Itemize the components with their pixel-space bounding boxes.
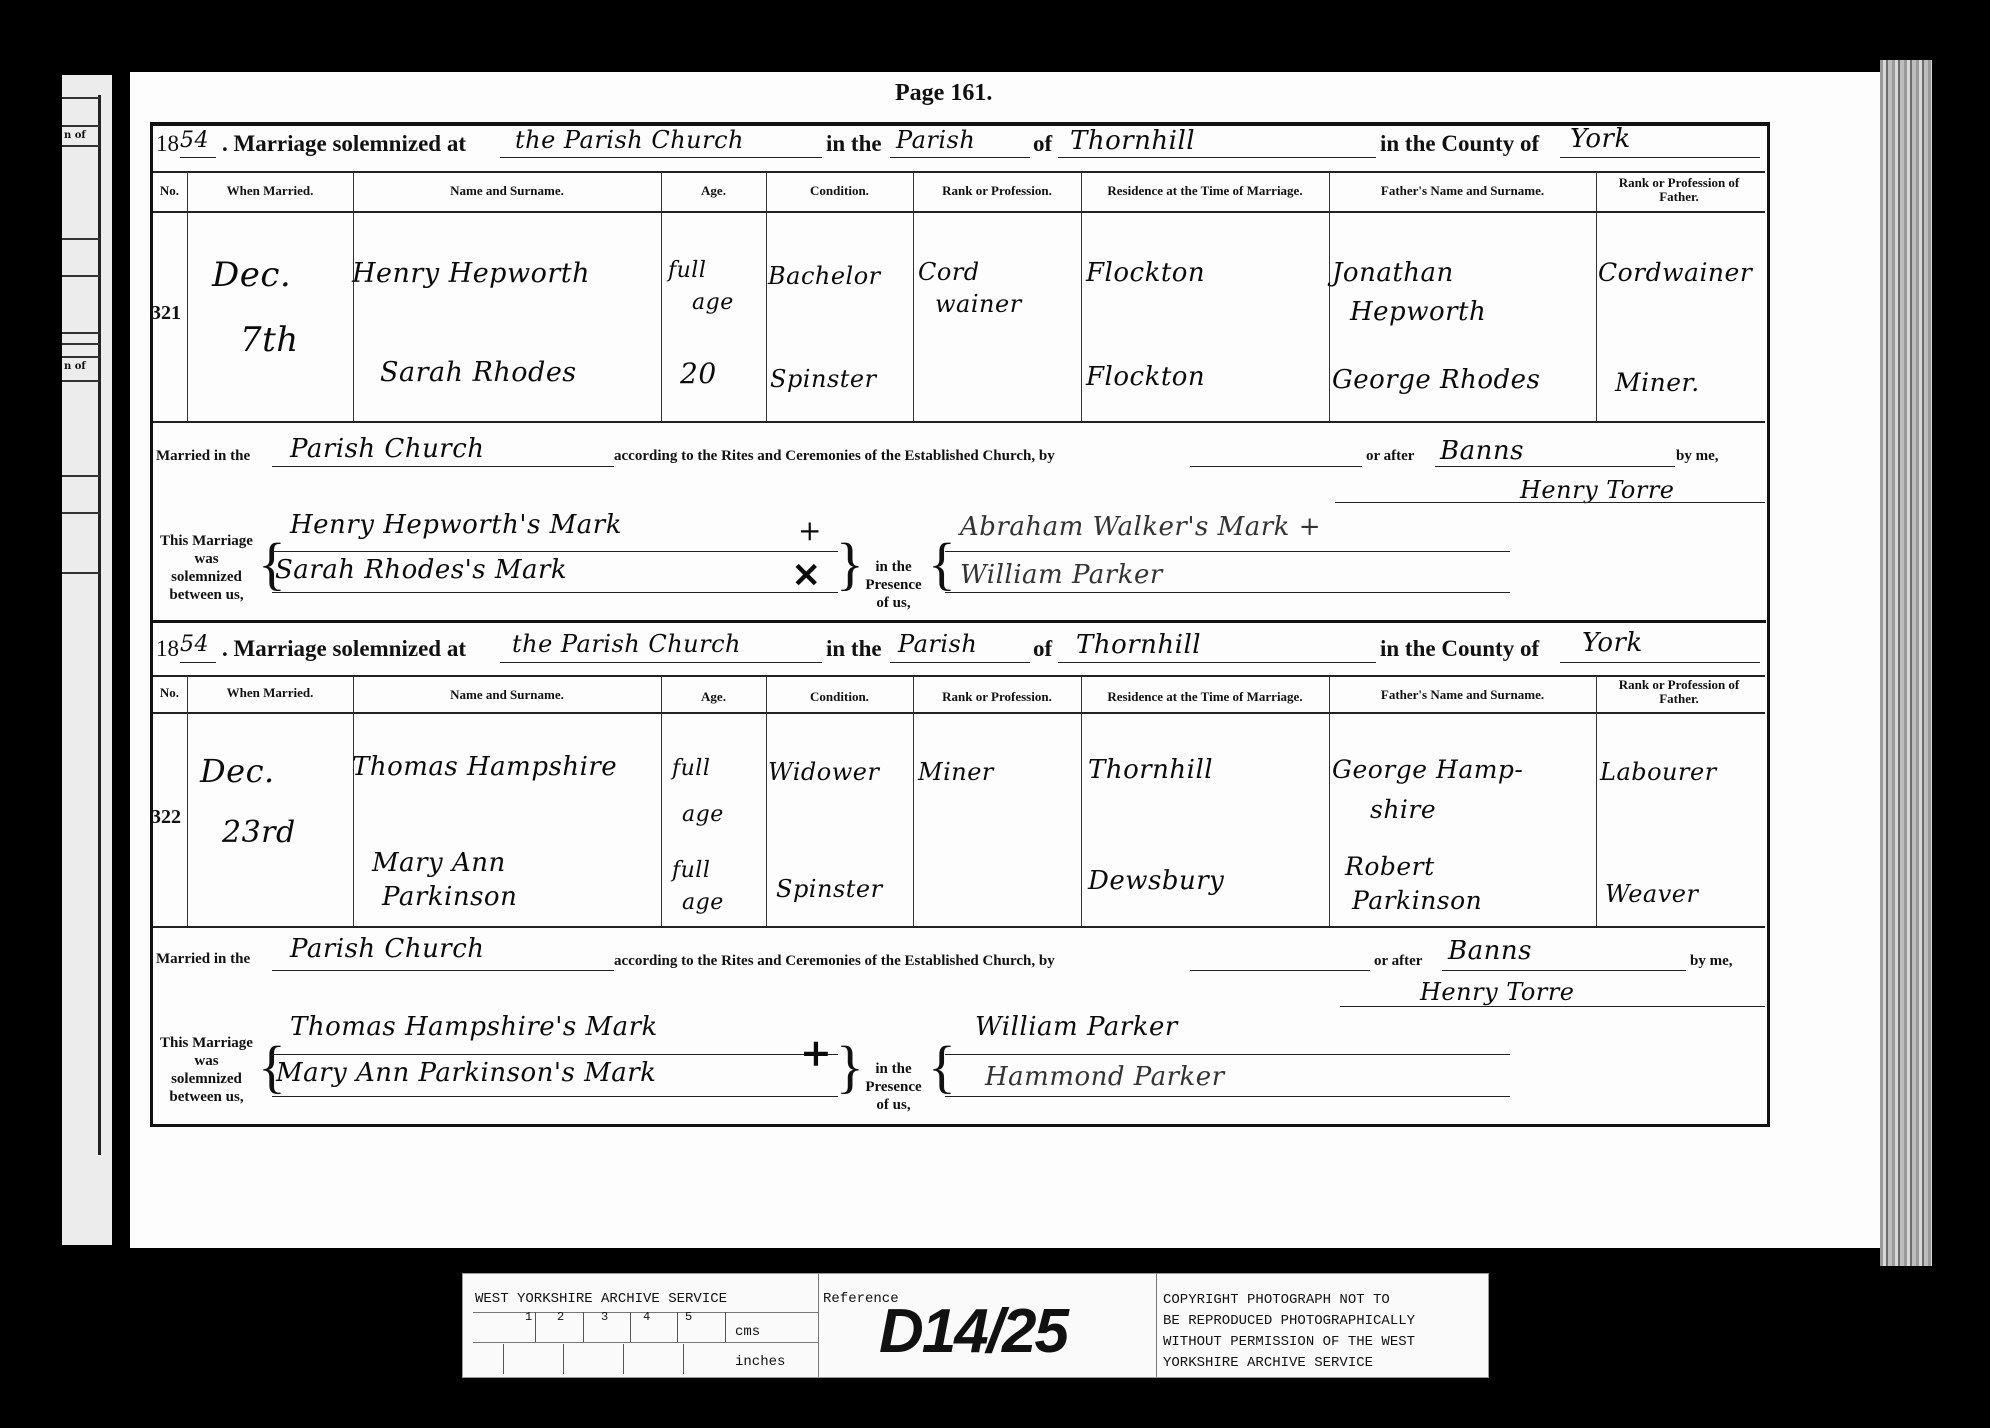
- label-between-us: between us,: [150, 1088, 263, 1106]
- groom-condition: Widower: [768, 758, 879, 786]
- groom-father-rank: Labourer: [1600, 758, 1717, 786]
- col-header-no: No.: [152, 686, 187, 700]
- officiant-signature: Henry Torre: [1420, 978, 1575, 1006]
- reference-code: D14/25: [879, 1296, 1067, 1367]
- groom-residence: Flockton: [1086, 258, 1205, 288]
- bride-residence: Dewsbury: [1088, 866, 1224, 896]
- entry-number: 322: [151, 806, 181, 829]
- copyright-line: BE REPRODUCED PHOTOGRAPHICALLY: [1163, 1313, 1415, 1329]
- col-header-rank: Rank or Profession.: [913, 184, 1081, 198]
- label-was: was: [150, 550, 263, 568]
- col-header-father-rank: Rank or Profession of Father.: [1604, 678, 1754, 706]
- bride-name-2: Parkinson: [382, 882, 517, 912]
- church-name: the Parish Church: [515, 126, 744, 154]
- label-presence-1: in the: [856, 1060, 931, 1078]
- bride-residence: Flockton: [1086, 362, 1205, 392]
- copyright-section: COPYRIGHT PHOTOGRAPH NOT TO BE REPRODUCE…: [1163, 1274, 1483, 1377]
- groom-residence: Thornhill: [1088, 755, 1213, 785]
- col-header-residence: Residence at the Time of Marriage.: [1081, 690, 1329, 704]
- groom-age-2: age: [692, 290, 734, 315]
- ruler-inches-label: inches: [735, 1354, 785, 1370]
- col-header-age: Age.: [661, 184, 766, 198]
- label-presence-2: Presence: [856, 1078, 931, 1096]
- bride-age-2: age: [682, 890, 724, 915]
- groom-age: full: [672, 756, 710, 781]
- page-number: Page 161.: [895, 80, 992, 107]
- party-marks: +: [800, 1030, 832, 1075]
- label-this-marriage-block: This Marriage was solemnized between us,: [150, 532, 263, 604]
- date-month: Dec.: [200, 752, 275, 790]
- party-2-signature: Sarah Rhodes's Mark: [275, 555, 567, 585]
- parish-label: Parish: [898, 630, 977, 658]
- label-presence-3: of us,: [856, 1096, 931, 1114]
- date-day: 7th: [240, 320, 299, 360]
- entry-number: 321: [151, 302, 181, 325]
- or-after-value: Banns: [1448, 936, 1532, 966]
- groom-father-2: Hepworth: [1350, 297, 1486, 327]
- ruler-number: 2: [557, 1310, 564, 1324]
- bride-father: Robert: [1345, 852, 1435, 881]
- archive-reference-label: WEST YORKSHIRE ARCHIVE SERVICE 1 2 3 4 5…: [462, 1273, 1489, 1378]
- label-married-in: Married in the: [156, 951, 250, 968]
- label-county: in the County of: [1380, 636, 1539, 662]
- col-header-father: Father's Name and Surname.: [1329, 688, 1596, 702]
- groom-name: Thomas Hampshire: [352, 752, 617, 782]
- col-header-name: Name and Surname.: [353, 184, 661, 198]
- bride-father-rank: Miner.: [1615, 368, 1700, 397]
- date-month: Dec.: [212, 255, 291, 295]
- groom-rank: Cord: [918, 258, 980, 286]
- col-header-when: When Married.: [187, 184, 353, 198]
- witness-2-signature: Hammond Parker: [985, 1062, 1225, 1092]
- groom-age: full: [668, 258, 706, 283]
- previous-page-edge: n of n of: [62, 75, 112, 1245]
- prev-page-fragment: n of: [64, 361, 86, 372]
- or-after-value: Banns: [1440, 436, 1524, 466]
- year-suffix: 54: [180, 128, 209, 153]
- ruler-cms-label: cms: [735, 1324, 760, 1340]
- label-of: of: [1033, 131, 1052, 157]
- col-header-condition: Condition.: [766, 184, 913, 198]
- place-name: Thornhill: [1076, 630, 1201, 660]
- county-name: York: [1582, 628, 1643, 658]
- officiant-signature: Henry Torre: [1520, 476, 1675, 504]
- label-presence-2: Presence: [856, 576, 931, 594]
- bride-age: 20: [680, 357, 717, 390]
- married-in-value: Parish Church: [290, 934, 485, 964]
- prev-page-fragment: n of: [64, 130, 86, 141]
- label-in-the: in the: [826, 636, 882, 662]
- bride-condition: Spinster: [776, 875, 883, 903]
- ruler-number: 3: [601, 1310, 608, 1324]
- ruler-number: 4: [643, 1310, 650, 1324]
- label-was: was: [150, 1052, 263, 1070]
- col-header-father: Father's Name and Surname.: [1329, 184, 1596, 198]
- county-name: York: [1570, 124, 1631, 154]
- label-rites: according to the Rites and Ceremonies of…: [614, 448, 1055, 465]
- label-by-me: by me,: [1690, 953, 1733, 970]
- copyright-line: WITHOUT PERMISSION OF THE WEST: [1163, 1334, 1415, 1350]
- label-marriage-solemnized: Marriage solemnized at: [234, 131, 466, 156]
- church-name: the Parish Church: [512, 630, 741, 658]
- year-prefix: 18: [156, 131, 179, 156]
- archive-service-name: WEST YORKSHIRE ARCHIVE SERVICE: [475, 1291, 727, 1307]
- married-in-value: Parish Church: [290, 434, 485, 464]
- bride-condition: Spinster: [770, 365, 877, 393]
- label-marriage-solemnized: Marriage solemnized at: [234, 636, 466, 661]
- groom-father: George Hamp-: [1332, 755, 1523, 784]
- groom-rank: Miner: [918, 758, 994, 786]
- label-this-marriage-block: This Marriage was solemnized between us,: [150, 1034, 263, 1106]
- col-header-father-rank: Rank or Profession of Father.: [1604, 176, 1754, 204]
- parish-label: Parish: [896, 126, 975, 154]
- label-solemnized: solemnized: [150, 1070, 263, 1088]
- label-of: of: [1033, 636, 1052, 662]
- witness-1-signature: William Parker: [975, 1012, 1178, 1042]
- year-prefix: 18: [156, 636, 179, 661]
- witness-1-signature: Abraham Walker's Mark +: [960, 512, 1321, 542]
- groom-rank-2: wainer: [935, 290, 1022, 318]
- col-header-when: When Married.: [187, 686, 353, 700]
- ruler-number: 5: [685, 1310, 692, 1324]
- groom-father: Jonathan: [1332, 258, 1454, 288]
- copyright-line: COPYRIGHT PHOTOGRAPH NOT TO: [1163, 1292, 1390, 1308]
- copyright-line: YORKSHIRE ARCHIVE SERVICE: [1163, 1355, 1373, 1371]
- groom-father-2: shire: [1370, 795, 1436, 824]
- place-name: Thornhill: [1070, 126, 1195, 156]
- ruler-number: 1: [525, 1310, 532, 1324]
- col-header-condition: Condition.: [766, 690, 913, 704]
- witness-2-signature: William Parker: [960, 560, 1163, 590]
- party-2-signature: Mary Ann Parkinson's Mark: [276, 1058, 656, 1088]
- label-or-after: or after: [1366, 448, 1414, 465]
- bride-name: Sarah Rhodes: [380, 357, 577, 388]
- year-suffix: 54: [180, 632, 209, 657]
- reference-section: Reference D14/25: [819, 1274, 1157, 1377]
- label-presence-block: in the Presence of us,: [856, 1060, 931, 1114]
- label-this-marriage: This Marriage: [150, 532, 263, 550]
- col-header-no: No.: [152, 184, 187, 198]
- party-1-signature: Thomas Hampshire's Mark: [290, 1012, 658, 1042]
- groom-father-rank: Cordwainer: [1598, 258, 1752, 287]
- label-in-the: in the: [826, 131, 882, 157]
- col-header-rank: Rank or Profession.: [913, 690, 1081, 704]
- label-presence-block: in the Presence of us,: [856, 558, 931, 612]
- bride-father-rank: Weaver: [1605, 880, 1698, 908]
- col-header-age: Age.: [661, 690, 766, 704]
- label-married-in: Married in the: [156, 448, 250, 465]
- bride-father: George Rhodes: [1332, 365, 1540, 395]
- label-solemnized: solemnized: [150, 568, 263, 586]
- label-presence-3: of us,: [856, 594, 931, 612]
- label-between-us: between us,: [150, 586, 263, 604]
- col-header-residence: Residence at the Time of Marriage.: [1081, 184, 1329, 198]
- party-1-signature: Henry Hepworth's Mark: [290, 510, 622, 540]
- bride-age: full: [672, 858, 710, 883]
- label-by-me: by me,: [1676, 448, 1719, 465]
- party-2-mark: ✕: [792, 556, 821, 596]
- book-page-edges: [1880, 60, 1932, 1266]
- label-presence-1: in the: [856, 558, 931, 576]
- groom-name: Henry Hepworth: [352, 258, 590, 289]
- col-header-name: Name and Surname.: [353, 688, 661, 702]
- bride-father-2: Parkinson: [1352, 886, 1482, 915]
- label-this-marriage: This Marriage: [150, 1034, 263, 1052]
- groom-age-2: age: [682, 802, 724, 827]
- label-county: in the County of: [1380, 131, 1539, 157]
- label-or-after: or after: [1374, 953, 1422, 970]
- party-1-mark: +: [798, 514, 822, 547]
- date-day: 23rd: [222, 815, 296, 850]
- bride-name: Mary Ann: [372, 848, 506, 878]
- groom-condition: Bachelor: [768, 262, 881, 290]
- ruler-section: WEST YORKSHIRE ARCHIVE SERVICE 1 2 3 4 5…: [463, 1274, 819, 1377]
- label-rites: according to the Rites and Ceremonies of…: [614, 953, 1055, 970]
